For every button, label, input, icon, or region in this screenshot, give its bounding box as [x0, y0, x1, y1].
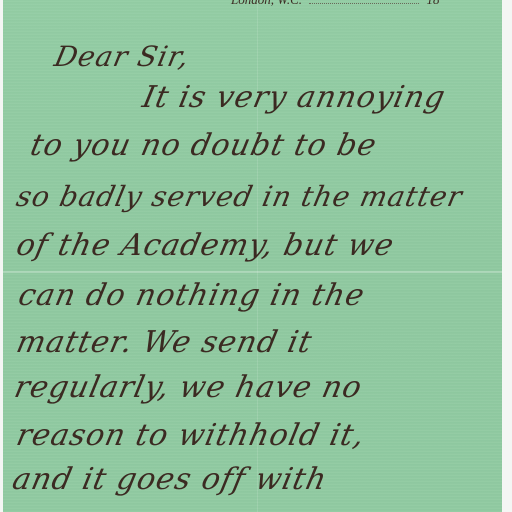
letter-line-9: and it goes off with	[9, 462, 330, 497]
letterhead-place: London, W.C.	[231, 0, 302, 7]
letter-line-6: matter. We send it	[13, 325, 315, 360]
letter-line-5: can do nothing in the	[15, 278, 368, 313]
date-line	[309, 3, 419, 4]
letter-line-7: regularly, we have no	[11, 370, 365, 405]
salutation: Dear Sir,	[51, 40, 192, 73]
letter-line-4: of the Academy, but we	[13, 228, 397, 263]
horizontal-fold	[3, 271, 502, 273]
letterhead-year: 18	[427, 0, 440, 7]
letter-line-8: reason to withhold it,	[13, 418, 368, 453]
letterhead: London, W.C. 18	[231, 0, 440, 8]
letter-line-3: so badly served in the matter	[13, 180, 465, 213]
letter-line-1: It is very annoying	[139, 80, 449, 115]
letter-line-2: to you no doubt to be	[27, 128, 380, 163]
letter-paper: London, W.C. 18 Dear Sir, It is very ann…	[3, 0, 502, 512]
